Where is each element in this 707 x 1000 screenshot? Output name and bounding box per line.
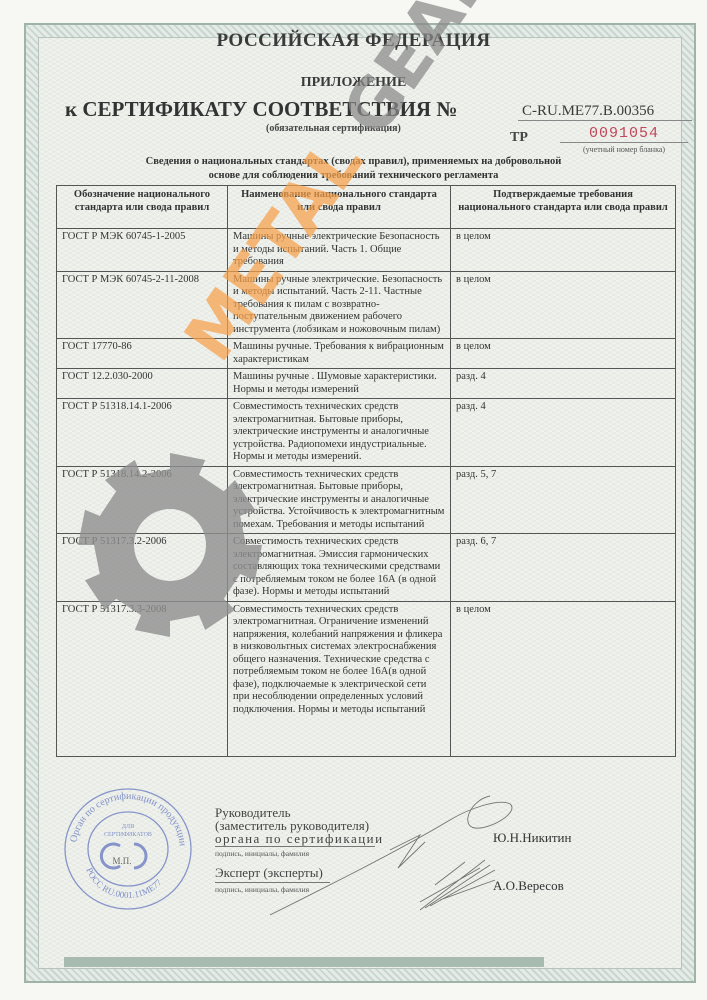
table-row: ГОСТ Р МЭК 60745-1-2005Машины ручные эле… (57, 229, 676, 272)
head-signature-caption: подпись, инициалы, фамилия (215, 849, 309, 858)
head-name: Ю.Н.Никитин (493, 830, 571, 846)
requirements-cell: в целом (451, 339, 676, 369)
number-sign: № (436, 97, 457, 121)
certification-stamp: Орган по сертификации продукции ООО РОСС… (62, 786, 194, 912)
svg-text:СЕРТИФИКАТОВ: СЕРТИФИКАТОВ (104, 832, 152, 838)
column-header-name: Наименование национального стандарта или… (228, 186, 451, 229)
requirements-cell: в целом (451, 271, 676, 339)
standard-code-cell: ГОСТ Р 51318.14.2-2006 (57, 466, 228, 534)
intro-text: Сведения о национальных стандартах (свод… (0, 155, 707, 183)
table-row: ГОСТ Р 51317.3.2-2006Совместимость техни… (57, 534, 676, 602)
standard-code-cell: ГОСТ Р МЭК 60745-1-2005 (57, 229, 228, 272)
table-row: ГОСТ Р МЭК 60745-2-11-2008Машины ручные … (57, 271, 676, 339)
standard-name-cell: Совместимость технических средств электр… (228, 534, 451, 602)
requirements-cell: разд. 6, 7 (451, 534, 676, 602)
svg-text:ДЛЯ: ДЛЯ (122, 824, 134, 830)
requirements-cell: в целом (451, 229, 676, 272)
blank-number-caption: (учетный номер бланка) (560, 145, 688, 154)
certification-type: (обязательная сертификация) (266, 123, 401, 134)
head-line-3: органа по сертификации (215, 832, 384, 845)
country-title: РОССИЙСКАЯ ФЕДЕРАЦИЯ (0, 30, 707, 52)
standard-code-cell: ГОСТ 12.2.030-2000 (57, 369, 228, 399)
standard-code-cell: ГОСТ Р 51317.3.3-2008 (57, 601, 228, 756)
standard-name-cell: Машины ручные . Шумовые характеристики. … (228, 369, 451, 399)
blank-number: 0091054 (560, 125, 688, 143)
standards-table: Обозначение национального стандарта или … (56, 185, 676, 757)
certificate-title-text: к СЕРТИФИКАТУ СООТВЕТСТВИЯ (65, 97, 431, 121)
column-header-requirements: Подтверждаемые требования национального … (451, 186, 676, 229)
column-header-code: Обозначение национального стандарта или … (57, 186, 228, 229)
table-row: ГОСТ Р 51318.14.1-2006Совместимость техн… (57, 399, 676, 467)
intro-line-2: основе для соблюдения требований техниче… (0, 169, 707, 183)
standard-name-cell: Машины ручные электрические. Безопасност… (228, 271, 451, 339)
requirements-cell: разд. 5, 7 (451, 466, 676, 534)
standard-name-cell: Совместимость технических средств электр… (228, 399, 451, 467)
svg-text:М.П.: М.П. (112, 856, 131, 866)
standard-name-cell: Машины ручные электрические Безопасность… (228, 229, 451, 272)
intro-line-1: Сведения о национальных стандартах (свод… (0, 155, 707, 169)
requirements-cell: разд. 4 (451, 399, 676, 467)
stamp-ring-text: Орган по сертификации продукции ООО (62, 786, 188, 849)
table-row: ГОСТ 12.2.030-2000Машины ручные . Шумовы… (57, 369, 676, 399)
table-row: ГОСТ Р 51317.3.3-2008Совместимость техни… (57, 601, 676, 756)
requirements-cell: разд. 4 (451, 369, 676, 399)
table-row: ГОСТ Р 51318.14.2-2006Совместимость техн… (57, 466, 676, 534)
standard-name-cell: Машины ручные. Требования к вибрационным… (228, 339, 451, 369)
standard-name-cell: Совместимость технических средств электр… (228, 466, 451, 534)
standard-name-cell: Совместимость технических средств электр… (228, 601, 451, 756)
head-signature-line (215, 846, 375, 847)
standard-code-cell: ГОСТ Р 51318.14.1-2006 (57, 399, 228, 467)
tp-label: ТР (510, 130, 528, 146)
printer-footer-band (64, 957, 544, 967)
certificate-number: C-RU.ME77.B.00356 (518, 103, 692, 121)
expert-name: А.О.Вересов (493, 878, 564, 894)
expert-signature-label: Эксперт (эксперты) (215, 865, 323, 881)
requirements-cell: в целом (451, 601, 676, 756)
standard-code-cell: ГОСТ Р 51317.3.2-2006 (57, 534, 228, 602)
standard-code-cell: ГОСТ Р МЭК 60745-2-11-2008 (57, 271, 228, 339)
expert-signature-line (215, 882, 330, 883)
standard-code-cell: ГОСТ 17770-86 (57, 339, 228, 369)
head-signature-label: Руководитель (заместитель руководителя) … (215, 806, 384, 845)
table-row: ГОСТ 17770-86Машины ручные. Требования к… (57, 339, 676, 369)
certificate-title: к СЕРТИФИКАТУ СООТВЕТСТВИЯ № (65, 97, 457, 122)
expert-signature-caption: подпись, инициалы, фамилия (215, 885, 309, 894)
annex-title: ПРИЛОЖЕНИЕ (0, 75, 707, 91)
table-header-row: Обозначение национального стандарта или … (57, 186, 676, 229)
